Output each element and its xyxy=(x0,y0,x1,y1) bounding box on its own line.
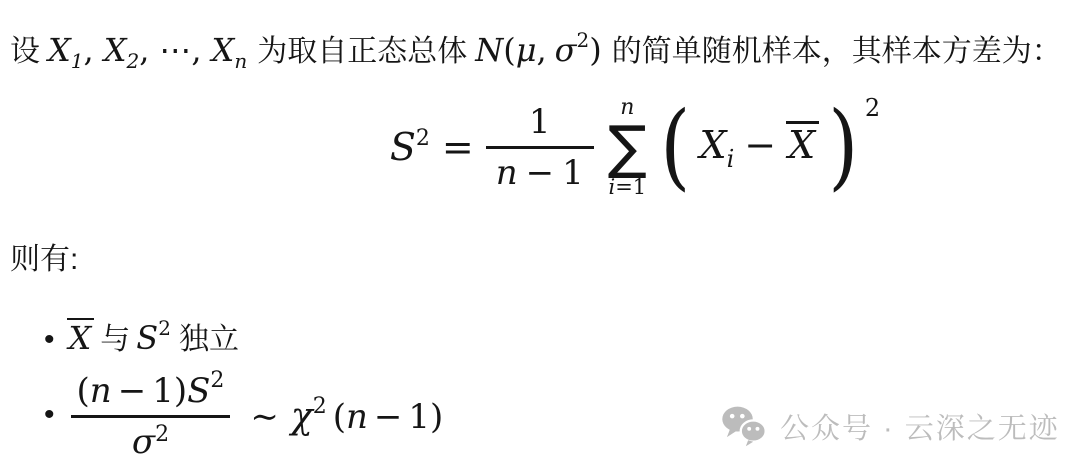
bullet-item-independence: •X与S2独立 xyxy=(44,314,239,358)
math-token-Xn: X xyxy=(212,26,235,74)
math-token-X1: X xyxy=(48,26,71,74)
math-subscript-i: i xyxy=(727,145,735,173)
big-paren-left: ( xyxy=(660,108,690,186)
summation-lower-limit: i=1 xyxy=(608,177,646,198)
comma: , xyxy=(537,26,547,74)
paren-right: ) xyxy=(174,371,187,411)
math-superscript-2: 2 xyxy=(577,16,590,64)
comma: , xyxy=(191,26,201,74)
digit-1: 1 xyxy=(562,153,584,193)
minus-sign: − xyxy=(526,153,555,193)
digit-1: 1 xyxy=(152,371,174,411)
intro-text: 设 xyxy=(10,28,40,76)
intro-text: 的简单随机样本，其样本方差为： xyxy=(612,28,1062,76)
math-subscript-1: 1 xyxy=(71,37,84,85)
comma: , xyxy=(84,26,94,74)
math-token-chi: χ xyxy=(291,396,313,437)
then-label: 则有: xyxy=(10,234,78,278)
minus-sign: − xyxy=(374,397,403,437)
bullet-item-chi-squared: • (n−1)S2 σ2 ∼χ2(n−1) xyxy=(44,368,443,462)
math-superscript-2: 2 xyxy=(313,394,327,419)
cdots: ⋯ xyxy=(159,26,191,74)
math-token-sigma: σ xyxy=(132,422,155,462)
math-superscript-2: 2 xyxy=(865,94,880,122)
xi-minus-xbar: Xi−X xyxy=(694,121,826,173)
math-token-X: X xyxy=(700,123,727,167)
formula-lhs: S2= xyxy=(390,125,480,169)
equals-sign: = xyxy=(442,125,474,169)
bullet-marker: • xyxy=(44,323,55,357)
math-superscript-2: 2 xyxy=(158,316,171,340)
math-superscript-2: 2 xyxy=(155,422,169,462)
x-bar: X xyxy=(67,318,95,354)
math-token-n: n xyxy=(496,153,518,193)
math-token-sigma: σ xyxy=(555,26,577,74)
cjk-text: 独立 xyxy=(179,314,239,358)
fraction-one-over-n-minus-1: 1 n−1 xyxy=(486,102,594,193)
sigma-symbol: ∑ xyxy=(608,120,647,174)
math-token-S: S xyxy=(390,125,416,169)
math-superscript-2: 2 xyxy=(210,368,224,393)
sample-variance-formula: S2= 1 n−1 n ∑ i=1 ( Xi−X ) 2 xyxy=(190,92,1080,202)
cjk-text: 与 xyxy=(100,314,130,358)
summation: n ∑ i=1 xyxy=(608,97,647,198)
fraction-n-1-s2-over-sigma2: (n−1)S2 σ2 xyxy=(71,368,231,462)
digit-1: 1 xyxy=(529,102,551,142)
math-subscript-n: n xyxy=(234,37,247,85)
math-token-S: S xyxy=(187,371,210,411)
comma: , xyxy=(139,26,149,74)
fraction-numerator: (n−1)S2 xyxy=(71,368,231,415)
intro-sentence: 设X1,X2,⋯,Xn为取自正态总体N(μ,σ2)的简单随机样本，其样本方差为： xyxy=(10,16,1062,85)
minus-sign: − xyxy=(118,371,147,411)
chi-squared-expression: ∼χ2(n−1) xyxy=(242,394,443,437)
math-token-Xbar: X xyxy=(69,322,92,354)
math-token-S: S xyxy=(136,319,158,357)
math-token-N: N xyxy=(475,26,503,74)
intro-text: 为取自正态总体 xyxy=(257,28,467,76)
fraction-denominator: n−1 xyxy=(486,146,594,193)
paren-right: ) xyxy=(430,397,443,437)
equals-1: =1 xyxy=(615,175,646,199)
x-bar: X xyxy=(786,121,819,164)
tilde-operator: ∼ xyxy=(250,397,279,437)
fraction-denominator: σ2 xyxy=(71,415,231,462)
digit-1: 1 xyxy=(408,397,430,437)
document-page: 设X1,X2,⋯,Xn为取自正态总体N(μ,σ2)的简单随机样本，其样本方差为：… xyxy=(0,0,1080,473)
math-token-mu: μ xyxy=(516,26,537,74)
paren-left: ( xyxy=(77,371,90,411)
math-token-X2: X xyxy=(104,26,127,74)
math-token-n: n xyxy=(346,397,368,437)
math-subscript-2: 2 xyxy=(126,37,139,85)
watermark: 公众号 · 云深之无迹 xyxy=(720,404,1060,448)
math-token-n: n xyxy=(90,371,112,411)
minus-sign: − xyxy=(744,123,776,167)
math-token-Xbar: X xyxy=(788,126,815,164)
paren-left: ( xyxy=(503,26,515,74)
bullet-marker: • xyxy=(44,398,55,432)
watermark-label: 公众号 · 云深之无迹 xyxy=(780,406,1060,447)
big-paren-right: ) xyxy=(829,108,859,186)
wechat-icon xyxy=(720,404,768,448)
fraction-numerator: 1 xyxy=(525,102,555,146)
math-superscript-2: 2 xyxy=(416,126,430,151)
paren-right: ) xyxy=(589,26,601,74)
paren-left: ( xyxy=(333,397,346,437)
